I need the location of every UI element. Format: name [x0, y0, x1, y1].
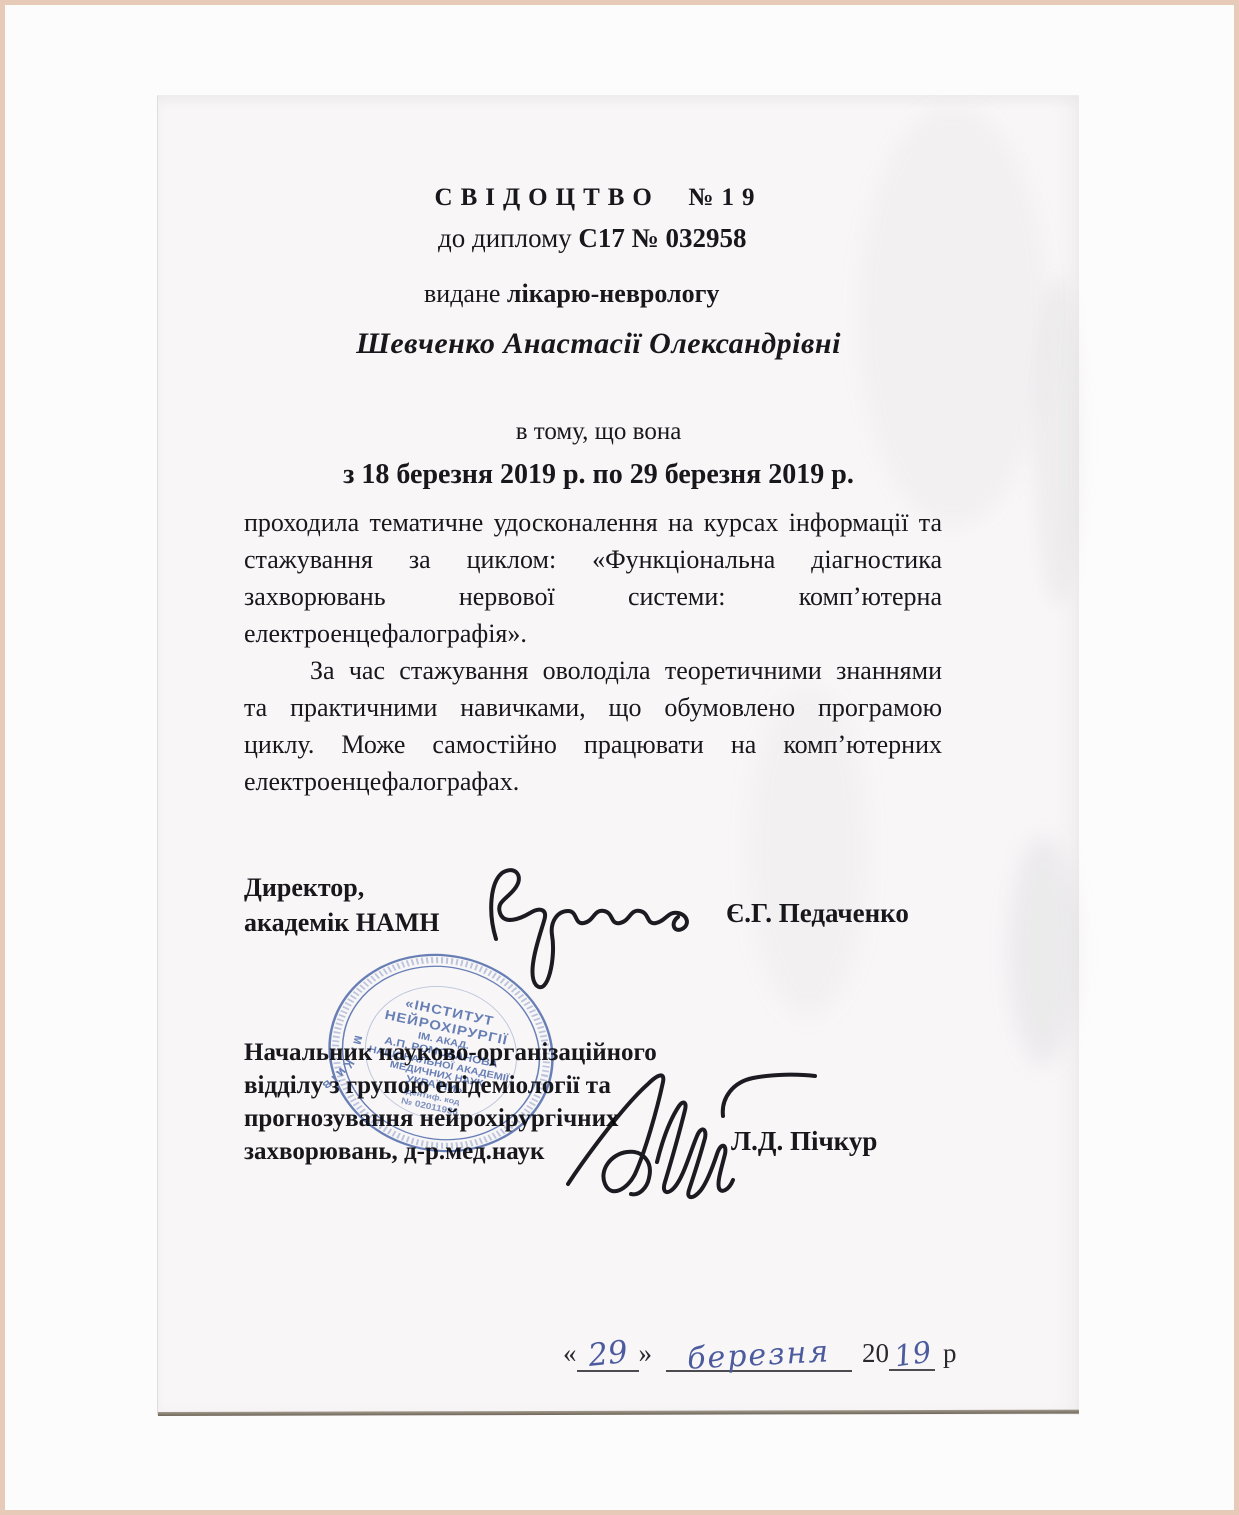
date-century: 20 — [862, 1338, 889, 1369]
date-close-quote: » — [639, 1338, 653, 1369]
diploma-reference-line: до диплому С17 № 032958 — [438, 223, 747, 254]
issued-prefix: видане — [424, 279, 500, 308]
scan-background: СВІДОЦТВО №19 до диплому С17 № 032958 ви… — [0, 0, 1239, 1515]
diploma-prefix: до диплому — [438, 223, 572, 253]
certificate-title: СВІДОЦТВО №19 — [138, 184, 1059, 212]
date-line: «29»березня2019р — [563, 1334, 957, 1372]
director-signature-stroke — [491, 870, 687, 987]
recipient-name: Шевченко Анастасії Олександрівні — [138, 327, 1059, 361]
handwritten-year: 19 — [892, 1335, 933, 1374]
training-period: з 18 березня 2019 р. по 29 березня 2019 … — [138, 459, 1059, 491]
date-open-quote: « — [563, 1338, 577, 1369]
director-role-line-1: Директор, — [244, 873, 364, 903]
body-paragraph-2: За час стажування оволоділа теоретичними… — [244, 652, 942, 800]
director-name: Є.Г. Педаченко — [726, 898, 909, 929]
body-paragraph-1: проходила тематичне удосконалення на кур… — [244, 504, 942, 652]
date-year-field: 19 — [889, 1335, 935, 1371]
date-suffix: р — [943, 1338, 957, 1369]
paper-bottom-edge — [158, 1410, 1079, 1416]
date-day-field: 29 — [577, 1334, 639, 1372]
certificate-body: проходила тематичне удосконалення на кур… — [244, 504, 942, 800]
head-signature — [553, 1066, 863, 1236]
head-signature-stroke — [568, 1075, 663, 1194]
diploma-number: С17 № 032958 — [578, 223, 746, 253]
recipient-specialty: лікарю-неврологу — [507, 279, 719, 308]
issued-to-line: видане лікарю-неврологу — [424, 279, 719, 309]
director-role-line-2: академік НАМН — [244, 908, 439, 938]
certificate-page: СВІДОЦТВО №19 до диплому С17 № 032958 ви… — [157, 95, 1079, 1415]
director-signature — [456, 861, 716, 1021]
statement-intro: в тому, що вона — [138, 418, 1059, 446]
date-month-field: березня — [666, 1335, 852, 1372]
handwritten-day: 29 — [586, 1334, 629, 1374]
head-signature-flourish — [723, 1075, 815, 1116]
scan-artifact — [1008, 836, 1078, 1066]
handwritten-month: березня — [687, 1334, 832, 1376]
